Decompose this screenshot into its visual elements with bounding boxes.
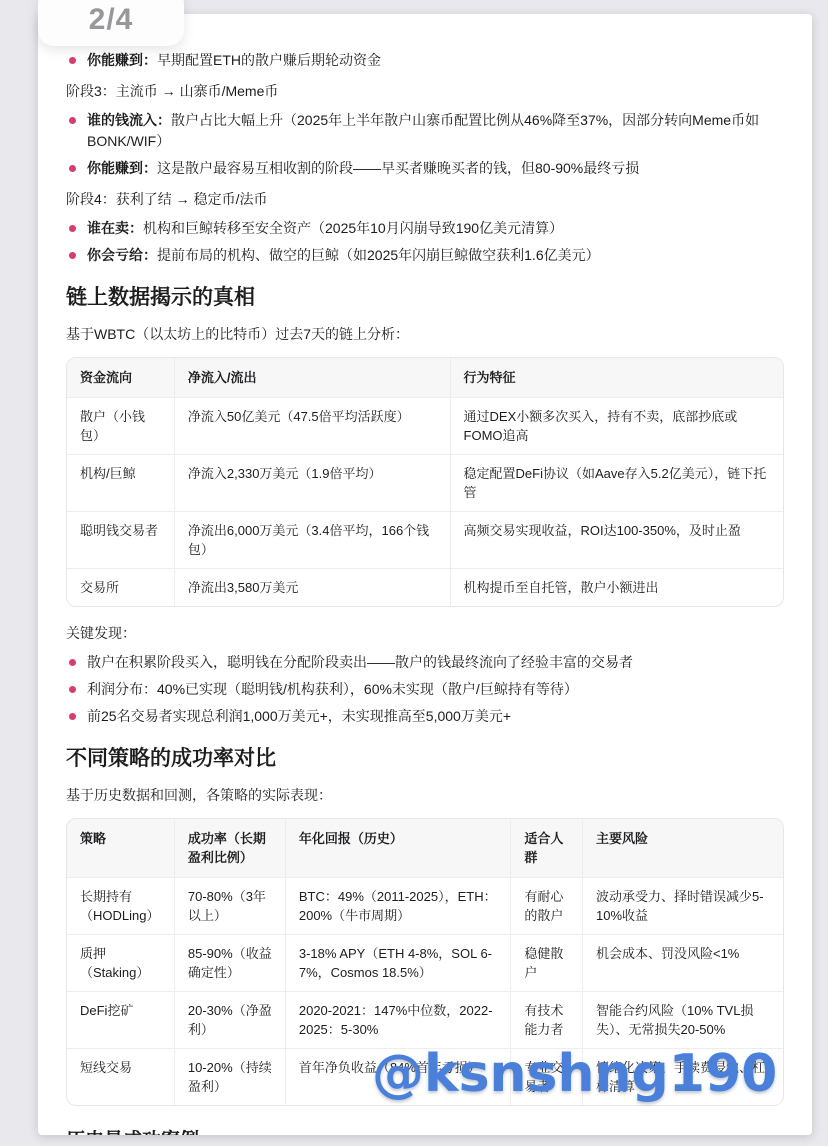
column-header: 适合人群: [511, 819, 583, 878]
list-item: 谁在卖：机构和巨鲸转移至安全资产（2025年10月闪崩导致190亿美元清算）: [66, 218, 784, 239]
table-cell: 净流出3,580万美元: [174, 569, 450, 607]
table-cell: 聪明钱交易者: [67, 512, 174, 569]
bullet-text: 利润分布：40%已实现（聪明钱/机构获利），60%未实现（散户/巨鲸持有等待）: [87, 679, 578, 700]
bullet-body: 散户占比大幅上升（2025年上半年散户山寨币配置比例从46%降至37%，因部分转…: [87, 112, 759, 149]
bullet-body: 早期配置ETH的散户赚后期轮动资金: [157, 52, 381, 68]
table-cell: 净流入2,330万美元（1.9倍平均）: [174, 455, 450, 512]
bullet-icon: [69, 252, 76, 259]
bullet-icon: [69, 659, 76, 666]
bullet-text: 你会亏给：提前布局的机构、做空的巨鲸（如2025年闪崩巨鲸做空获利1.6亿美元）: [87, 245, 600, 266]
bullet-prefix: 你能赚到：: [87, 52, 157, 68]
column-header: 主要风险: [582, 819, 783, 878]
table-row: 机构/巨鲸 净流入2,330万美元（1.9倍平均） 稳定配置DeFi协议（如Aa…: [67, 455, 783, 512]
stage4-title: 阶段4：获利了结 → 稳定币/法币: [66, 189, 784, 210]
stage3-title: 阶段3：主流币 → 山寨币/Meme币: [66, 81, 784, 102]
section-heading-strategy: 不同策略的成功率对比: [66, 745, 784, 773]
table-cell: 20-30%（净盈利）: [174, 992, 285, 1049]
list-item: 散户在积累阶段买入，聪明钱在分配阶段卖出——散户的钱最终流向了经验丰富的交易者: [66, 652, 784, 673]
bullet-text: 你能赚到：这是散户最容易互相收割的阶段——早买者赚晚买者的钱，但80-90%最终…: [87, 158, 639, 179]
bullet-icon: [69, 117, 76, 124]
section-heading-onchain: 链上数据揭示的真相: [66, 284, 784, 312]
table-row: 聪明钱交易者 净流出6,000万美元（3.4倍平均，166个钱包） 高频交易实现…: [67, 512, 783, 569]
table-cell: 通过DEX小额多次买入，持有不卖，底部抄底或FOMO追高: [450, 398, 783, 455]
bullet-prefix: 谁在卖：: [87, 220, 143, 236]
page-indicator-badge: 2/4: [38, 0, 184, 46]
table-cell: 85-90%（收益确定性）: [174, 935, 285, 992]
column-header: 净流入/流出: [174, 358, 450, 398]
table-cell: 有技术能力者: [511, 992, 583, 1049]
table-cell: 稳定配置DeFi协议（如Aave存入5.2亿美元），链下托管: [450, 455, 783, 512]
column-header: 资金流向: [67, 358, 174, 398]
list-item: 你能赚到：这是散户最容易互相收割的阶段——早买者赚晚买者的钱，但80-90%最终…: [66, 158, 784, 179]
table-row: DeFi挖矿 20-30%（净盈利） 2020-2021：147%中位数，202…: [67, 992, 783, 1049]
bullet-prefix: 你会亏给：: [87, 247, 157, 263]
findings-title: 关键发现：: [66, 623, 784, 644]
bullet-body: 提前布局的机构、做空的巨鲸（如2025年闪崩巨鲸做空获利1.6亿美元）: [157, 247, 600, 263]
table-cell: 机构提币至自托管，散户小额进出: [450, 569, 783, 607]
bullet-text: 散户在积累阶段买入，聪明钱在分配阶段卖出——散户的钱最终流向了经验丰富的交易者: [87, 652, 633, 673]
table-cell: 智能合约风险（10% TVL损失）、无常损失20-50%: [582, 992, 783, 1049]
table-cell: 机构/巨鲸: [67, 455, 174, 512]
table-cell: 长期持有（HODLing）: [67, 878, 174, 935]
watermark: @ksnshng190: [372, 1044, 777, 1104]
table-cell: BTC：49%（2011-2025），ETH：200%（牛市周期）: [285, 878, 511, 935]
list-item: 你会亏给：提前布局的机构、做空的巨鲸（如2025年闪崩巨鲸做空获利1.6亿美元）: [66, 245, 784, 266]
bottom-heading: 历史最成功案例: [66, 1128, 784, 1135]
bullet-text: 谁在卖：机构和巨鲸转移至安全资产（2025年10月闪崩导致190亿美元清算）: [87, 218, 563, 239]
table-row: 交易所 净流出3,580万美元 机构提币至自托管，散户小额进出: [67, 569, 783, 607]
column-header: 年化回报（历史）: [285, 819, 511, 878]
table-cell: 散户（小钱包）: [67, 398, 174, 455]
bullet-icon: [69, 165, 76, 172]
bullet-prefix: 谁的钱流入：: [87, 112, 171, 128]
table-header-row: 策略 成功率（长期盈利比例） 年化回报（历史） 适合人群 主要风险: [67, 819, 783, 878]
column-header: 成功率（长期盈利比例）: [174, 819, 285, 878]
table-cell: 70-80%（3年以上）: [174, 878, 285, 935]
table-cell: 净流出6,000万美元（3.4倍平均，166个钱包）: [174, 512, 450, 569]
column-header: 策略: [67, 819, 174, 878]
bullet-text: 谁的钱流入：散户占比大幅上升（2025年上半年散户山寨币配置比例从46%降至37…: [87, 110, 784, 152]
table-cell: 3-18% APY（ETH 4-8%，SOL 6-7%，Cosmos 18.5%…: [285, 935, 511, 992]
page-indicator: 2/4: [89, 0, 134, 37]
page-background: 你能赚到：早期配置ETH的散户赚后期轮动资金 阶段3：主流币 → 山寨币/Mem…: [0, 0, 828, 1146]
table-cell: 10-20%（持续盈利）: [174, 1049, 285, 1106]
bullet-prefix: 你能赚到：: [87, 160, 157, 176]
document-card: 你能赚到：早期配置ETH的散户赚后期轮动资金 阶段3：主流币 → 山寨币/Mem…: [38, 14, 812, 1135]
table-cell: 交易所: [67, 569, 174, 607]
section-intro-onchain: 基于WBTC（以太坊上的比特币）过去7天的链上分析：: [66, 324, 784, 345]
list-item: 你能赚到：早期配置ETH的散户赚后期轮动资金: [66, 50, 784, 71]
bullet-icon: [69, 57, 76, 64]
table-cell: 高频交易实现收益，ROI达100-350%，及时止盈: [450, 512, 783, 569]
bullet-text: 你能赚到：早期配置ETH的散户赚后期轮动资金: [87, 50, 381, 71]
table-cell: 质押（Staking）: [67, 935, 174, 992]
table-cell: DeFi挖矿: [67, 992, 174, 1049]
table-cell: 净流入50亿美元（47.5倍平均活跃度）: [174, 398, 450, 455]
table-row: 质押（Staking） 85-90%（收益确定性） 3-18% APY（ETH …: [67, 935, 783, 992]
table-row: 长期持有（HODLing） 70-80%（3年以上） BTC：49%（2011-…: [67, 878, 783, 935]
list-item: 前25名交易者实现总利润1,000万美元+，未实现推高至5,000万美元+: [66, 706, 784, 727]
bullet-text: 前25名交易者实现总利润1,000万美元+，未实现推高至5,000万美元+: [87, 706, 511, 727]
table-header-row: 资金流向 净流入/流出 行为特征: [67, 358, 783, 398]
bullet-body: 这是散户最容易互相收割的阶段——早买者赚晚买者的钱，但80-90%最终亏损: [157, 160, 639, 176]
list-item: 谁的钱流入：散户占比大幅上升（2025年上半年散户山寨币配置比例从46%降至37…: [66, 110, 784, 152]
bullet-icon: [69, 225, 76, 232]
table-cell: 波动承受力、择时错误减少5-10%收益: [582, 878, 783, 935]
list-item: 利润分布：40%已实现（聪明钱/机构获利），60%未实现（散户/巨鲸持有等待）: [66, 679, 784, 700]
table-row: 散户（小钱包） 净流入50亿美元（47.5倍平均活跃度） 通过DEX小额多次买入…: [67, 398, 783, 455]
table-cell: 稳健散户: [511, 935, 583, 992]
bullet-body: 机构和巨鲸转移至安全资产（2025年10月闪崩导致190亿美元清算）: [143, 220, 563, 236]
table-cell: 有耐心的散户: [511, 878, 583, 935]
onchain-table: 资金流向 净流入/流出 行为特征 散户（小钱包） 净流入50亿美元（47.5倍平…: [66, 357, 784, 607]
bullet-icon: [69, 713, 76, 720]
bullet-icon: [69, 686, 76, 693]
column-header: 行为特征: [450, 358, 783, 398]
table-cell: 短线交易: [67, 1049, 174, 1106]
table-cell: 2020-2021：147%中位数，2022-2025：5-30%: [285, 992, 511, 1049]
table-cell: 机会成本、罚没风险<1%: [582, 935, 783, 992]
section-intro-strategy: 基于历史数据和回测，各策略的实际表现：: [66, 785, 784, 806]
